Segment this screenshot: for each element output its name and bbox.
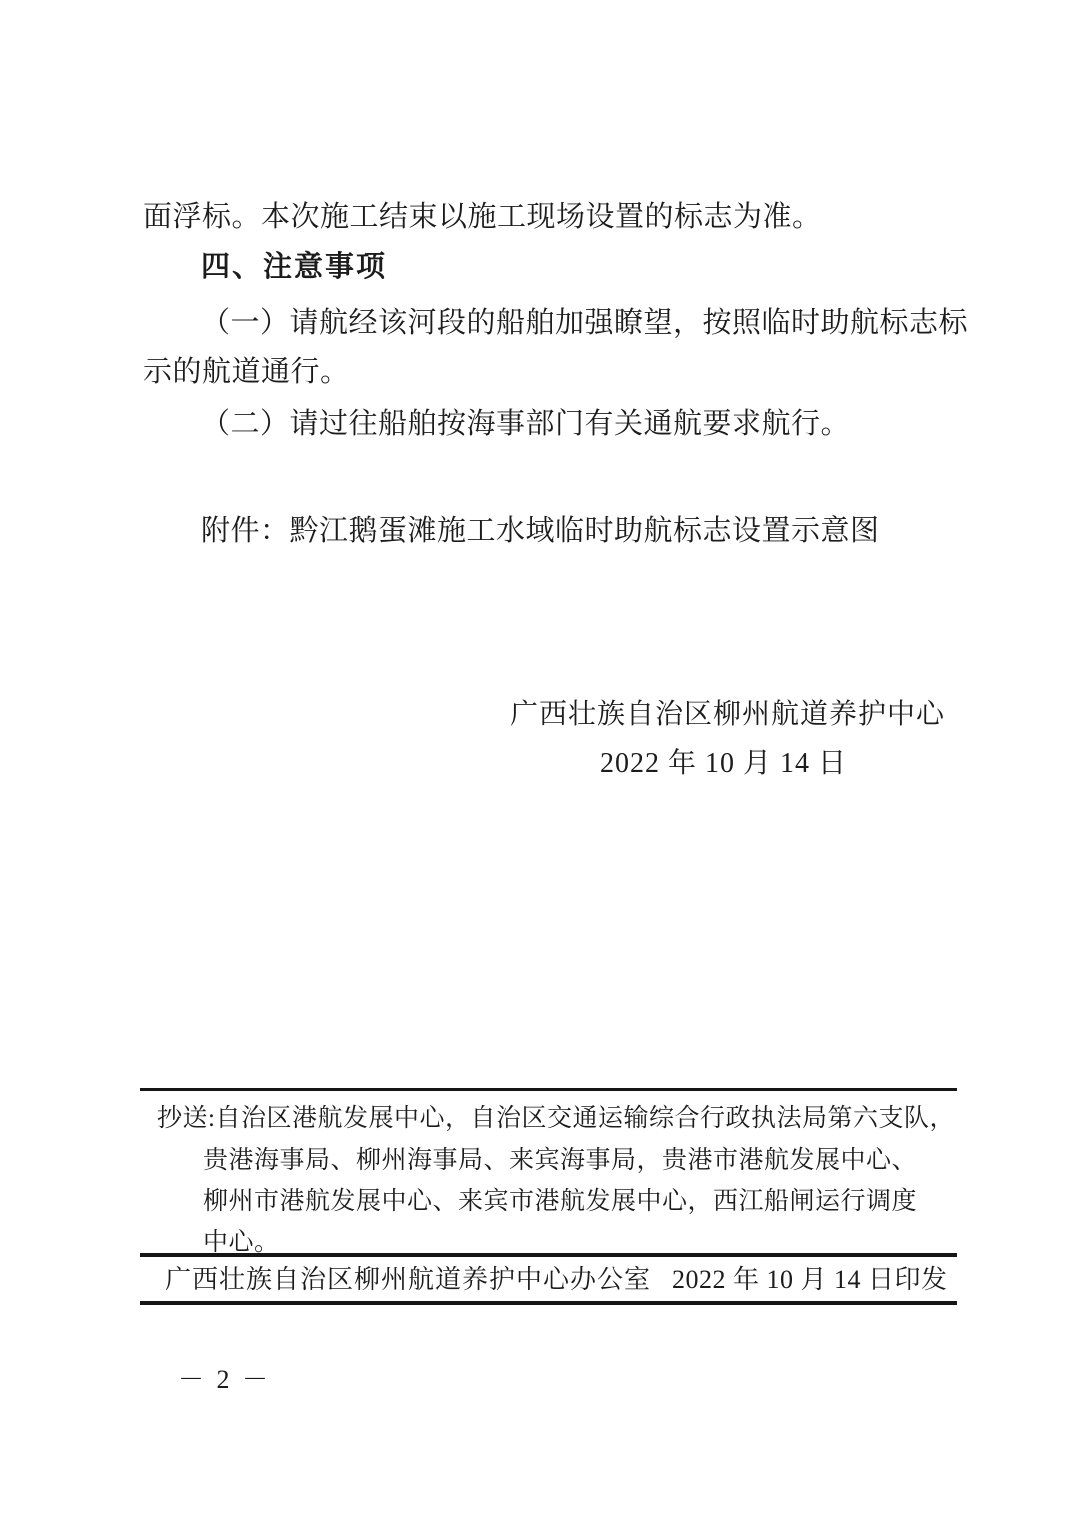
note-item-1-line-1: （一）请航经该河段的船舶加强瞭望，按照临时助航标志标 <box>201 306 968 341</box>
document-page: 面浮标。本次施工结束以施工现场设置的标志为准。 四、注意事项 （一）请航经该河段… <box>0 0 1080 1527</box>
imprint-bottom-rule <box>140 1301 957 1305</box>
cc-line-1: 抄送:自治区港航发展中心，自治区交通运输综合行政执法局第六支队， <box>157 1104 955 1134</box>
section-heading-notes: 四、注意事项 <box>201 250 387 285</box>
cc-line-3: 柳州市港航发展中心、来宾市港航发展中心，西江船闸运行调度 <box>203 1187 917 1217</box>
imprint-print-date: 2022 年 10 月 14 日印发 <box>672 1264 948 1295</box>
attachment-reference: 附件：黔江鹅蛋滩施工水域临时助航标志设置示意图 <box>201 514 880 549</box>
body-continuation-line: 面浮标。本次施工结束以施工现场设置的标志为准。 <box>143 200 822 235</box>
page-number: － 2 － <box>178 1364 271 1395</box>
imprint-top-rule <box>140 1253 957 1257</box>
cc-block-top-rule <box>140 1088 957 1091</box>
imprint-office: 广西壮族自治区柳州航道养护中心办公室 <box>165 1264 651 1295</box>
cc-line-2: 贵港海事局、柳州海事局、来宾海事局，贵港市港航发展中心、 <box>203 1146 917 1176</box>
note-item-2: （二）请过往船舶按海事部门有关通航要求航行。 <box>201 407 850 442</box>
signature-date: 2022 年 10 月 14 日 <box>600 747 847 781</box>
note-item-1-line-2: 示的航道通行。 <box>143 355 350 390</box>
signature-organization: 广西壮族自治区柳州航道养护中心 <box>510 698 945 732</box>
